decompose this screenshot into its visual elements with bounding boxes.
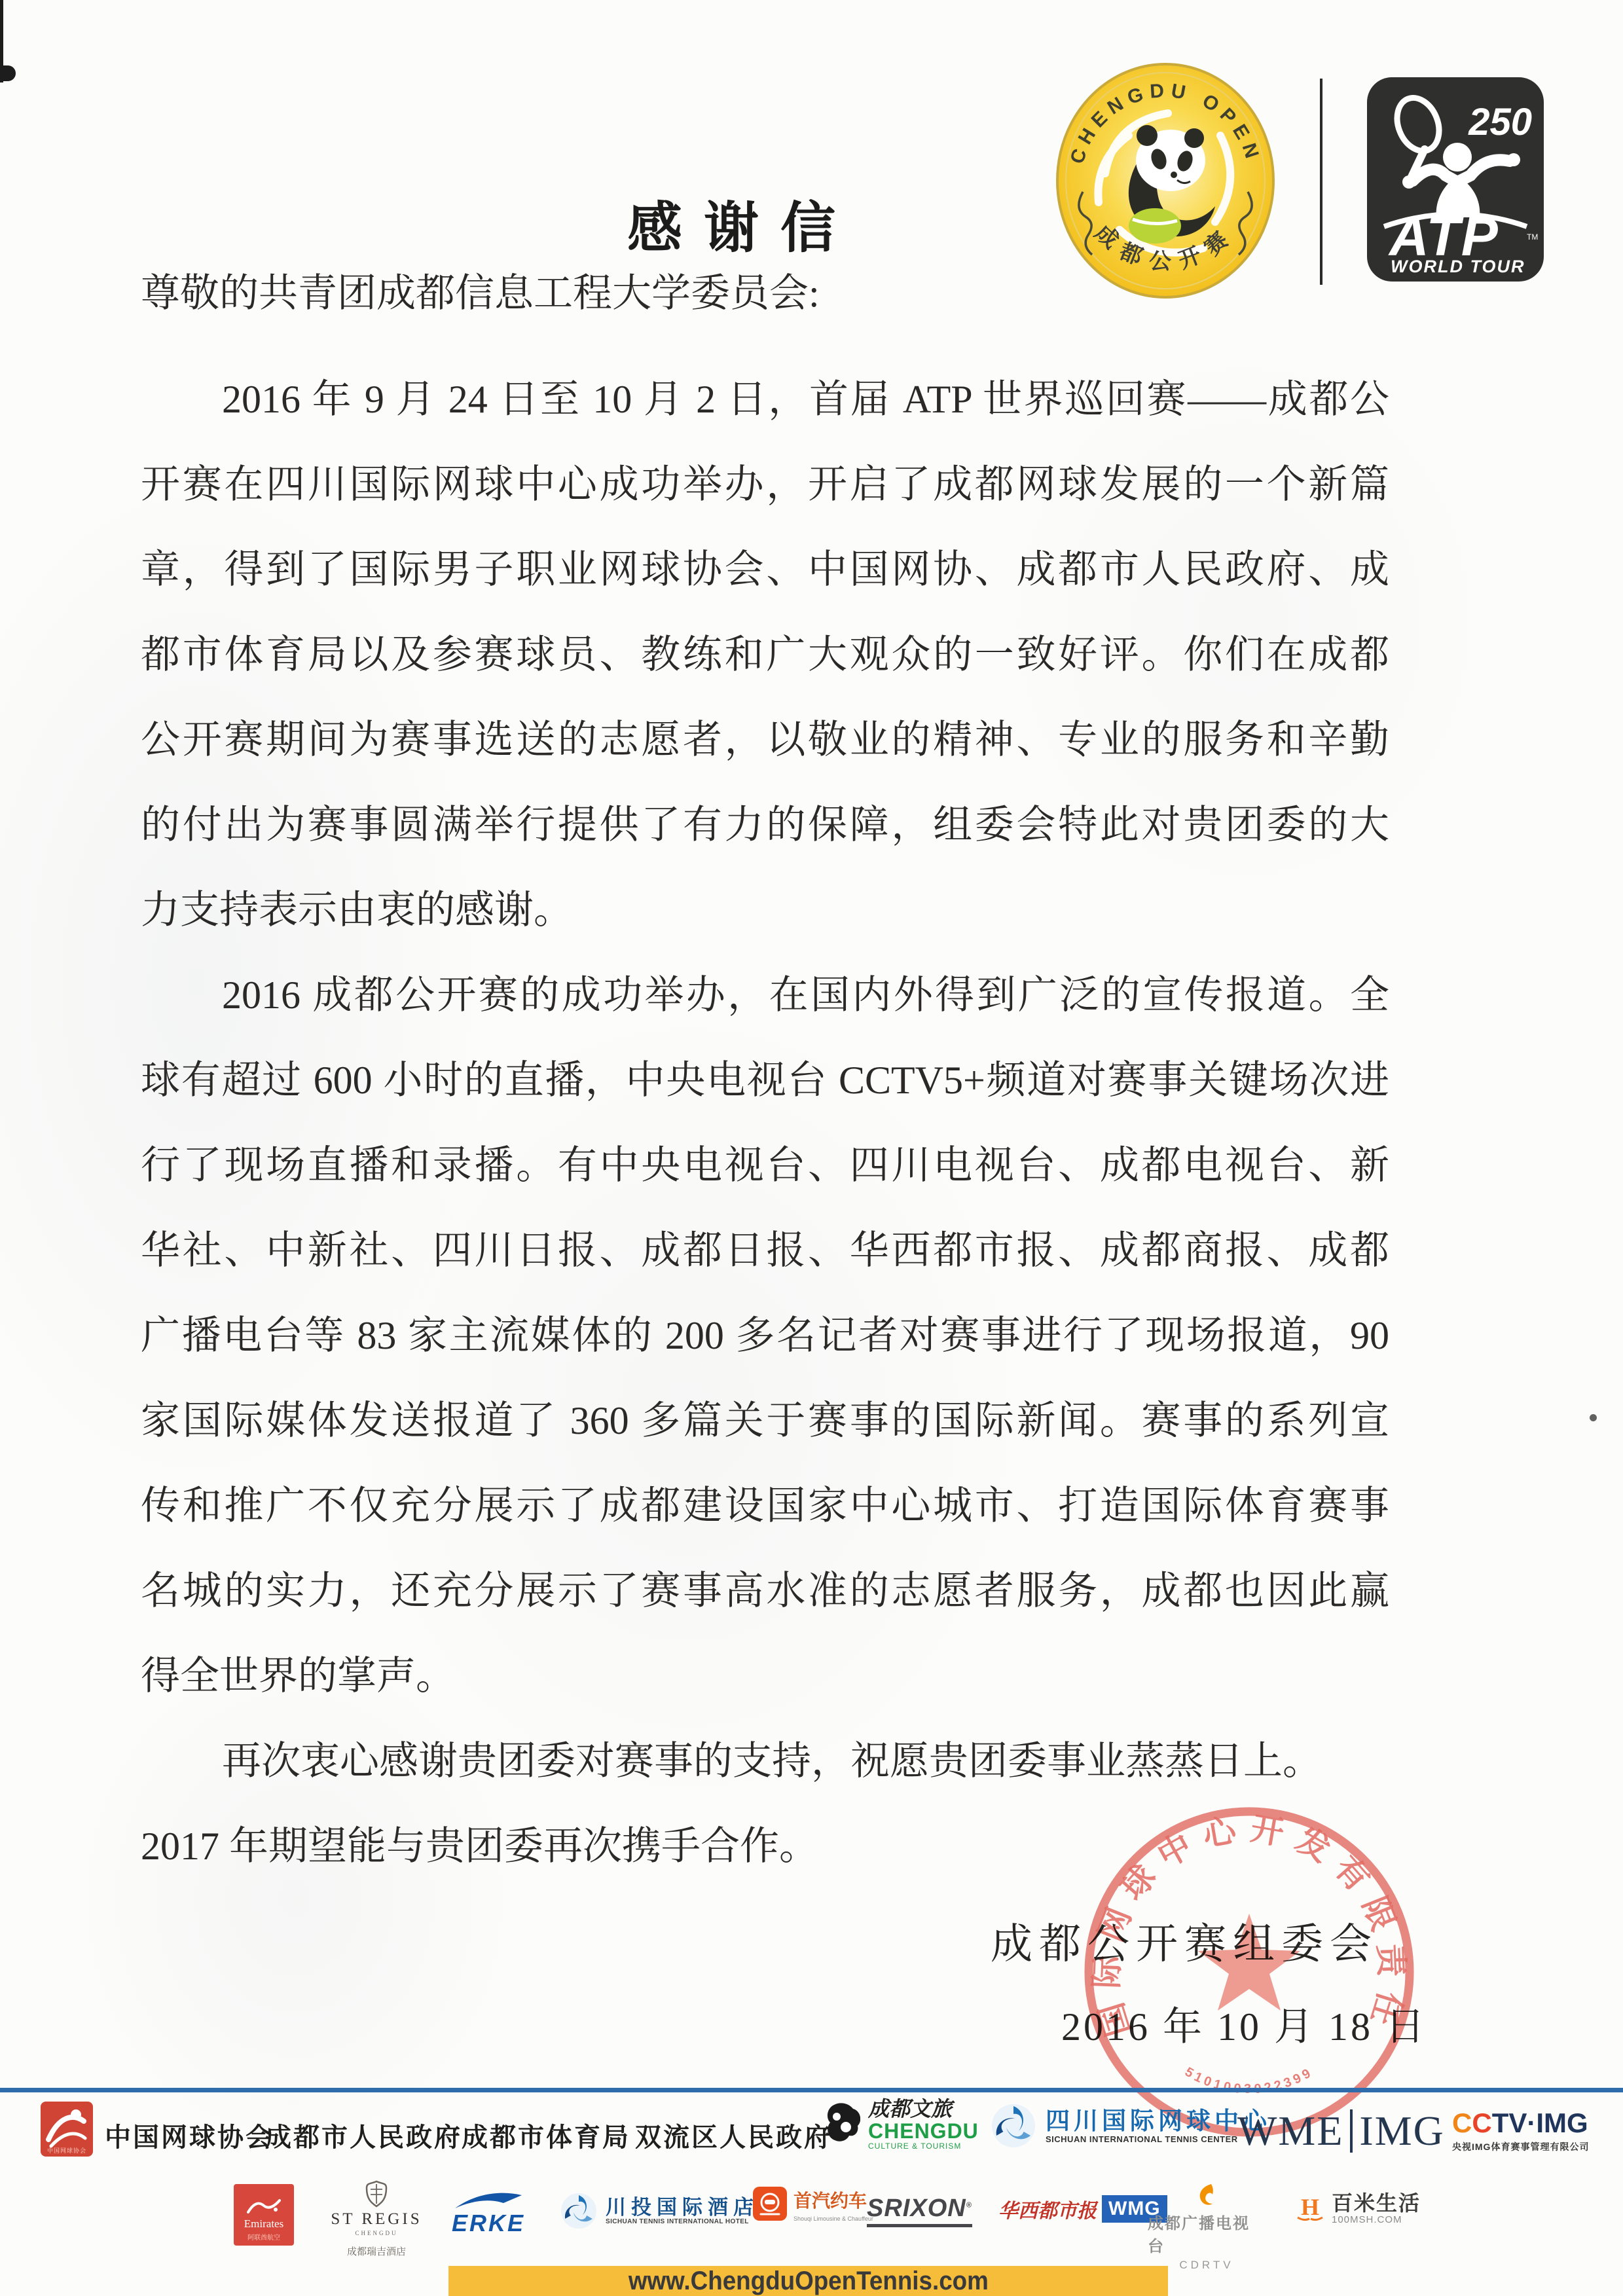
scan-artifact-dot	[1590, 1414, 1597, 1421]
wme-right: IMG	[1359, 2107, 1444, 2155]
ctih-sphere-icon	[560, 2192, 598, 2230]
baimi-logo: H 百米生活 100MSH.COM	[1295, 2192, 1421, 2226]
emirates-logo: Emirates 阿联酋航空	[234, 2184, 294, 2246]
official-stamp: 四川国际网球中心开发有限责任公司 5101003022399	[1080, 1800, 1421, 2147]
cctv-img: IMG	[1536, 2107, 1588, 2138]
shouqi-en: Shouqi Limousine & Chauffeur	[793, 2215, 873, 2222]
erke-swoosh-icon	[452, 2190, 524, 2210]
footer-org-gov3: 双流区人民政府	[635, 2117, 832, 2154]
logo-divider	[1320, 79, 1322, 285]
atp-250-text: 250	[1468, 101, 1532, 143]
footer-org-gov2: 成都市体育局	[462, 2117, 630, 2154]
cctv-c1: C	[1452, 2107, 1472, 2138]
wme-left: WME	[1237, 2107, 1343, 2155]
cta-logo: 中国网球协会	[41, 2102, 93, 2157]
website-url: www.ChengduOpenTennis.com	[629, 2267, 989, 2296]
emirates-cn: 阿联酋航空	[247, 2232, 280, 2242]
wmg-logo: 华西都市报 WMG	[998, 2195, 1167, 2223]
cta-logo-caption: 中国网球协会	[41, 2146, 93, 2155]
cdrtv-cn: 成都广播电视台	[1148, 2210, 1266, 2256]
srixon-name: SRIXON	[867, 2195, 966, 2222]
chengdu-culture-icon	[822, 2101, 860, 2148]
erke-name: ERKE	[452, 2210, 525, 2237]
letter-body: 2016 年 9 月 24 日至 10 月 2 日，首届 ATP 世界巡回赛——…	[141, 357, 1389, 1889]
scan-artifact-blob	[0, 65, 16, 81]
footer-divider-line	[0, 2088, 1623, 2092]
body-line: 章，得到了国际男子职业网球协会、中国网协、成都市人民政府、成	[141, 527, 1389, 612]
shouqi-car-icon	[753, 2187, 787, 2221]
chengdu-culture-en: CHENGDU	[868, 2121, 979, 2143]
body-line: 球有超过 600 小时的直播，中央电视台 CCTV5+频道对赛事关键场次进	[141, 1038, 1389, 1123]
st-regis-logo: ST REGIS CHENGDU 成都瑞吉酒店	[331, 2180, 422, 2258]
chengdu-culture-tourism-logo: 成都文旅 CHENGDU CULTURE & TOURISM	[822, 2098, 979, 2151]
baimi-icon-letter: H	[1301, 2194, 1319, 2220]
body-line: 再次衷心感谢贵团委对赛事的支持，祝愿贵团委事业蒸蒸日上。	[141, 1719, 1389, 1804]
wme-bar	[1350, 2109, 1353, 2153]
atp-subtitle-text: WORLD TOUR	[1391, 257, 1525, 276]
baimi-h-icon: H	[1295, 2194, 1325, 2224]
chengdu-culture-sub: CULTURE & TOURISM	[868, 2142, 979, 2151]
ctih-en: SICHUAN TENNIS INTERNATIONAL HOTEL	[606, 2219, 759, 2226]
cdrtv-en: CDRTV	[1179, 2259, 1233, 2272]
sichuan-tennis-center-logo: 四川国际网球中心 SICHUAN INTERNATIONAL TENNIS CE…	[991, 2103, 1271, 2149]
stamp-ring-text: 四川国际网球中心开发有限责任公司	[1080, 1800, 1410, 2041]
st-regis-name: ST REGIS	[331, 2210, 422, 2229]
panda-logo-icon: CHENGDU OPEN 成都公开赛	[1055, 62, 1275, 299]
body-line: 力支持表示由衷的感谢。	[141, 867, 1389, 953]
body-line: 名城的实力，还充分展示了赛事高水准的志愿者服务，成都也因此赢	[141, 1548, 1389, 1633]
st-regis-cn: 成都瑞吉酒店	[347, 2244, 406, 2258]
chengdu-culture-cn: 成都文旅	[868, 2098, 979, 2121]
ctih-cn: 川投国际酒店	[606, 2196, 759, 2219]
body-line: 传和推广不仅充分展示了成都建设国家中心城市、打造国际体育赛事	[141, 1463, 1389, 1548]
atp-world-tour-250-logo: 250 ATP TM WORLD TOUR	[1367, 77, 1544, 282]
shouqi-logo: 首汽约车 Shouqi Limousine & Chauffeur	[753, 2187, 873, 2222]
cctv-c2: C	[1472, 2107, 1491, 2138]
body-line: 得全世界的掌声。	[141, 1633, 1389, 1719]
cctv-img-logo: CCTV·IMG 央视IMG体育赛事管理有限公司	[1452, 2108, 1589, 2153]
footer-org-gov1: 成都市人民政府	[265, 2117, 462, 2154]
cdrtv-flame-icon	[1195, 2181, 1218, 2208]
body-line: 2016 成都公开赛的成功举办，在国内外得到广泛的宣传报道。全	[141, 953, 1389, 1038]
stamp-star	[1198, 1914, 1300, 2011]
st-regis-city: CHENGDU	[356, 2230, 398, 2236]
chengdu-open-logo: CHENGDU OPEN 成都公开赛	[1055, 62, 1275, 299]
salutation: 尊敬的共青团成都信息工程大学委员会:	[141, 263, 820, 323]
wme-img-logo: WME IMG	[1237, 2107, 1445, 2155]
body-line: 行了现场直播和录播。有中央电视台、四川电视台、成都电视台、新	[141, 1123, 1389, 1208]
sitc-sphere-icon	[991, 2103, 1036, 2149]
cctv-tv: TV	[1492, 2107, 1527, 2138]
emirates-name: Emirates	[244, 2217, 283, 2231]
srixon-reg: ®	[966, 2201, 972, 2209]
erke-logo: ERKE	[449, 2190, 528, 2237]
body-line: 都市体育局以及参赛球员、教练和广大观众的一致好评。你们在成都	[141, 612, 1389, 697]
baimi-en: 100MSH.COM	[1332, 2215, 1421, 2226]
body-line: 的付出为赛事圆满举行提供了有力的保障，组委会特此对贵团委的大	[141, 782, 1389, 867]
atp-tm-text: TM	[1527, 232, 1538, 242]
srixon-logo: SRIXON®	[867, 2195, 972, 2227]
body-line: 广播电台等 83 家主流媒体的 200 多名记者对赛事进行了现场报道，90	[141, 1293, 1389, 1378]
sichuan-tennis-hotel-logo: 川投国际酒店 SICHUAN TENNIS INTERNATIONAL HOTE…	[560, 2192, 759, 2230]
stamp-icon: 四川国际网球中心开发有限责任公司 5101003022399	[1080, 1800, 1421, 2147]
cctv-sub: 央视IMG体育赛事管理有限公司	[1452, 2142, 1589, 2152]
st-regis-crest-icon	[365, 2180, 388, 2208]
body-line: 2016 年 9 月 24 日至 10 月 2 日，首届 ATP 世界巡回赛——…	[141, 357, 1389, 442]
body-line: 家国际媒体发送报道了 360 多篇关于赛事的国际新闻。赛事的系列宣	[141, 1378, 1389, 1463]
page-title: 感 谢 信	[589, 193, 877, 265]
footer-org-cta: 中国网球协会	[105, 2117, 274, 2154]
cctv-dot: ·	[1527, 2107, 1536, 2138]
website-bar: www.ChengduOpenTennis.com	[448, 2266, 1168, 2296]
body-line: 华社、中新社、四川日报、成都日报、华西都市报、成都商报、成都	[141, 1208, 1389, 1293]
wmg-cn: 华西都市报	[998, 2195, 1097, 2223]
atp-logo-icon: 250 ATP TM WORLD TOUR	[1367, 77, 1544, 282]
body-line: 公开赛期间为赛事选送的志愿者，以敬业的精神、专业的服务和辛勤	[141, 697, 1389, 782]
baimi-cn: 百米生活	[1332, 2192, 1421, 2215]
shouqi-cn: 首汽约车	[793, 2187, 873, 2213]
body-line: 开赛在四川国际网球中心成功举办，开启了成都网球发展的一个新篇	[141, 442, 1389, 527]
thank-you-letter-page: CHENGDU OPEN 成都公开赛 250 ATP TM	[0, 0, 1623, 2296]
cdrtv-logo: 成都广播电视台 CDRTV	[1148, 2181, 1266, 2272]
emirates-calligraphy-icon	[244, 2195, 283, 2217]
